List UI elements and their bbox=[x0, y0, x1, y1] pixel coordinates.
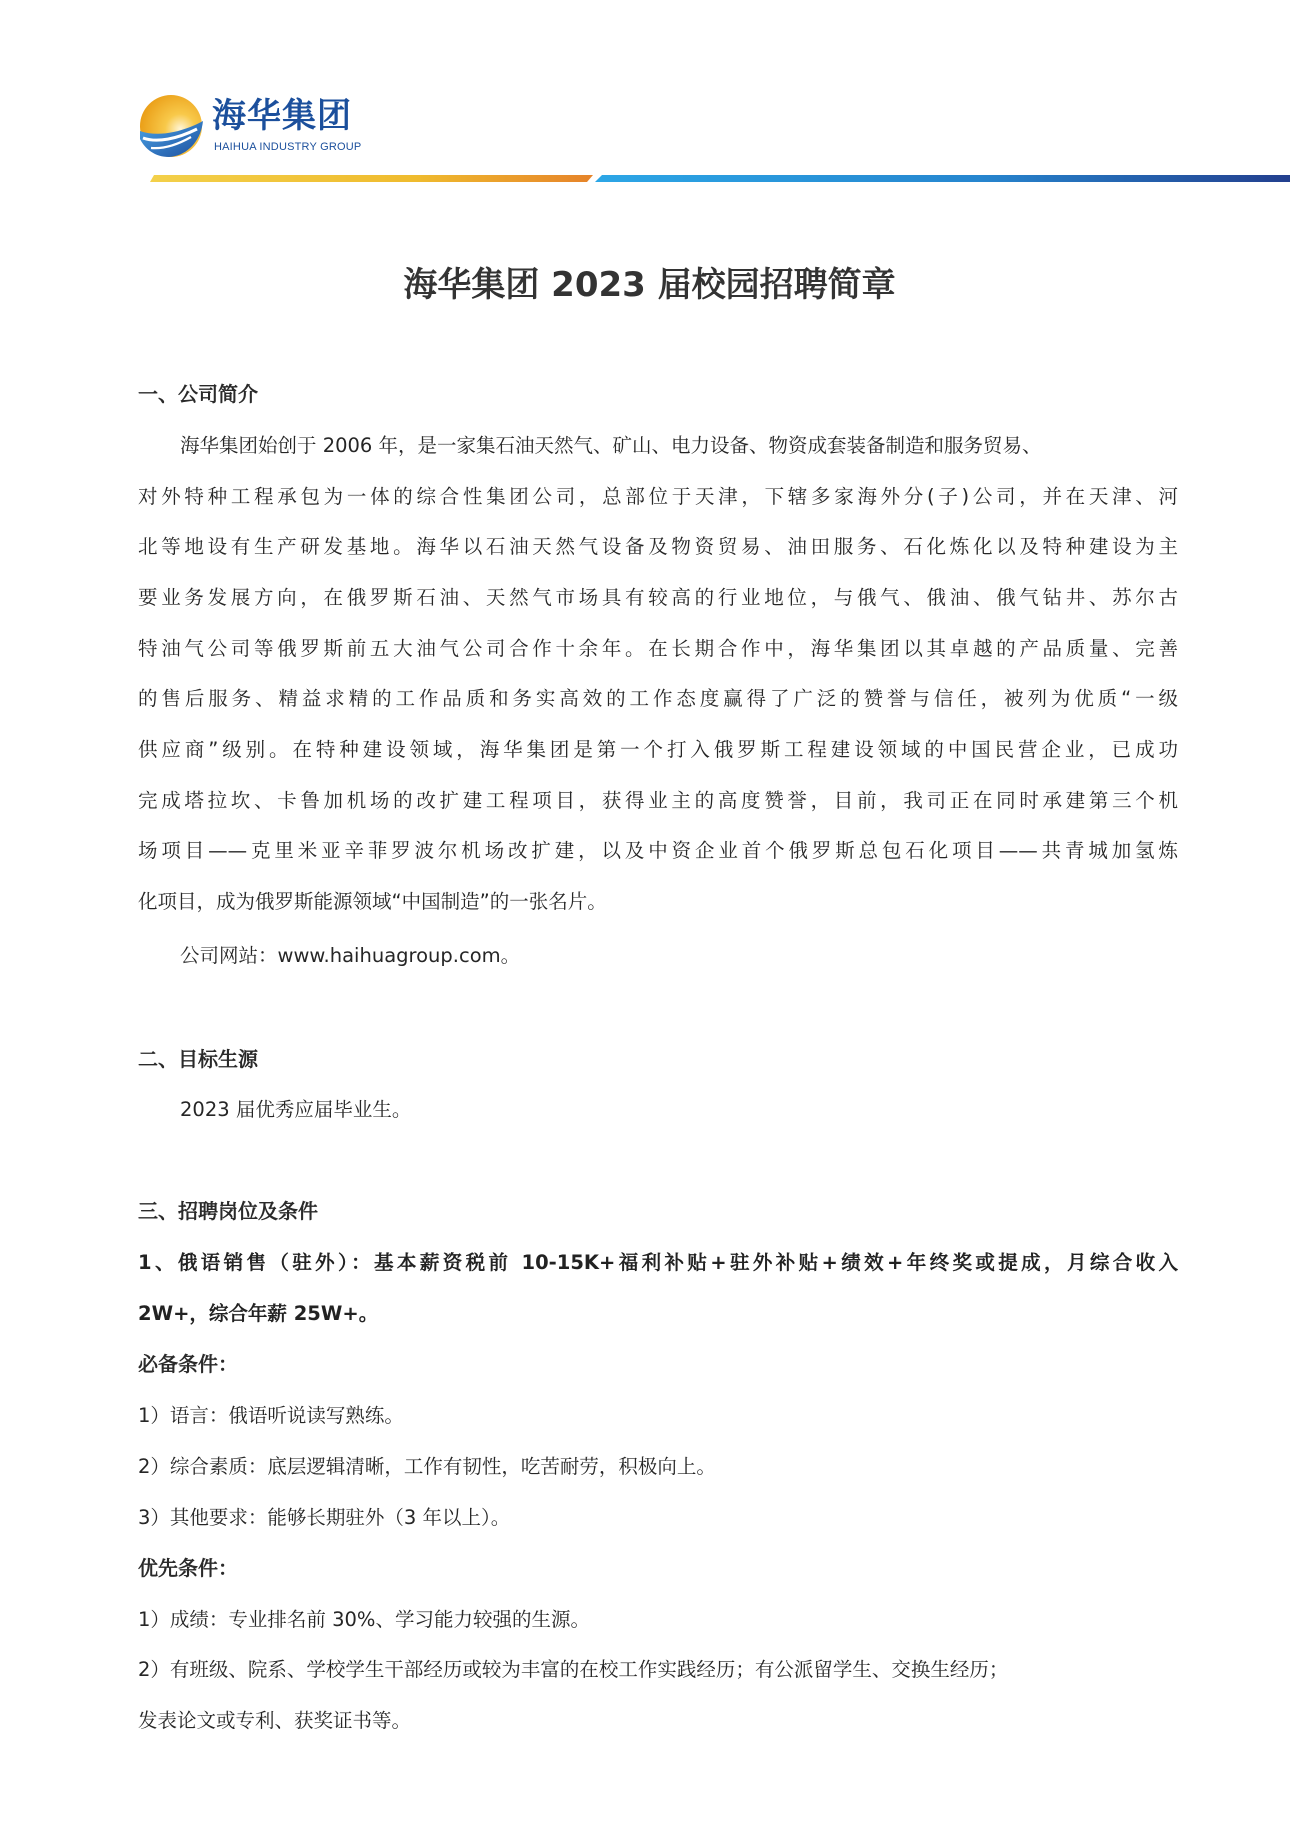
paragraph-line: 完成塔拉坎、卡鲁加机场的改扩建工程项目，获得业主的高度赞誉，目前，我司正在同时承… bbox=[138, 786, 1178, 816]
preferred-condition-item: 发表论文或专利、获奖证书等。 bbox=[138, 1706, 1178, 1736]
position-salary-line: 1、俄语销售（驻外）：基本薪资税前 10-15K+福利补贴+驻外补贴+绩效+年终… bbox=[138, 1248, 1178, 1278]
paragraph-line: 供应商”级别。在特种建设领域，海华集团是第一个打入俄罗斯工程建设领域的中国民营企… bbox=[138, 735, 1178, 765]
paragraph-line: 对外特种工程承包为一体的综合性集团公司，总部位于天津，下辖多家海外分(子)公司，… bbox=[138, 482, 1178, 512]
preferred-condition-item: 2）有班级、院系、学校学生干部经历或较为丰富的在校工作实践经历；有公派留学生、交… bbox=[138, 1655, 1178, 1685]
header-divider bbox=[150, 168, 1290, 177]
paragraph-line: 海华集团始创于 2006 年，是一家集石油天然气、矿山、电力设备、物资成套装备制… bbox=[180, 431, 1178, 461]
company-logo-icon bbox=[137, 93, 205, 161]
section-heading-target-candidates: 二、目标生源 bbox=[138, 1044, 1178, 1074]
paragraph-line: 场项目——克里米亚辛菲罗波尔机场改扩建，以及中资企业首个俄罗斯总包石化项目——共… bbox=[138, 836, 1178, 866]
company-logo-subtitle: HAIHUA INDUSTRY GROUP bbox=[214, 141, 361, 153]
required-condition-item: 2）综合素质：底层逻辑清晰，工作有韧性，吃苦耐劳，积极向上。 bbox=[138, 1452, 1178, 1482]
company-website-line: 公司网站：www.haihuagroup.com。 bbox=[180, 941, 1220, 971]
document-title: 海华集团 2023 届校园招聘简章 bbox=[0, 262, 1299, 308]
section-heading-positions: 三、招聘岗位及条件 bbox=[138, 1196, 1178, 1226]
target-candidates-text: 2023 届优秀应届毕业生。 bbox=[180, 1095, 1220, 1125]
company-logo-text: 海华集团 bbox=[212, 96, 352, 136]
preferred-condition-item: 1）成绩：专业排名前 30%、学习能力较强的生源。 bbox=[138, 1605, 1178, 1635]
required-conditions-heading: 必备条件： bbox=[138, 1349, 1178, 1379]
paragraph-line: 特油气公司等俄罗斯前五大油气公司合作十余年。在长期合作中，海华集团以其卓越的产品… bbox=[138, 634, 1178, 664]
preferred-conditions-heading: 优先条件： bbox=[138, 1553, 1178, 1583]
position-salary-line: 2W+，综合年薪 25W+。 bbox=[138, 1299, 1178, 1329]
paragraph-line: 化项目，成为俄罗斯能源领域“中国制造”的一张名片。 bbox=[138, 887, 1178, 917]
paragraph-line: 的售后服务、精益求精的工作品质和务实高效的工作态度赢得了广泛的赞誉与信任，被列为… bbox=[138, 684, 1178, 714]
required-condition-item: 1）语言：俄语听说读写熟练。 bbox=[138, 1401, 1178, 1431]
paragraph-line: 要业务发展方向，在俄罗斯石油、天然气市场具有较高的行业地位，与俄气、俄油、俄气钻… bbox=[138, 583, 1178, 613]
required-condition-item: 3）其他要求：能够长期驻外（3 年以上）。 bbox=[138, 1503, 1178, 1533]
paragraph-line: 北等地设有生产研发基地。海华以石油天然气设备及物资贸易、油田服务、石化炼化以及特… bbox=[138, 532, 1178, 562]
section-heading-company-intro: 一、公司简介 bbox=[138, 379, 1178, 409]
